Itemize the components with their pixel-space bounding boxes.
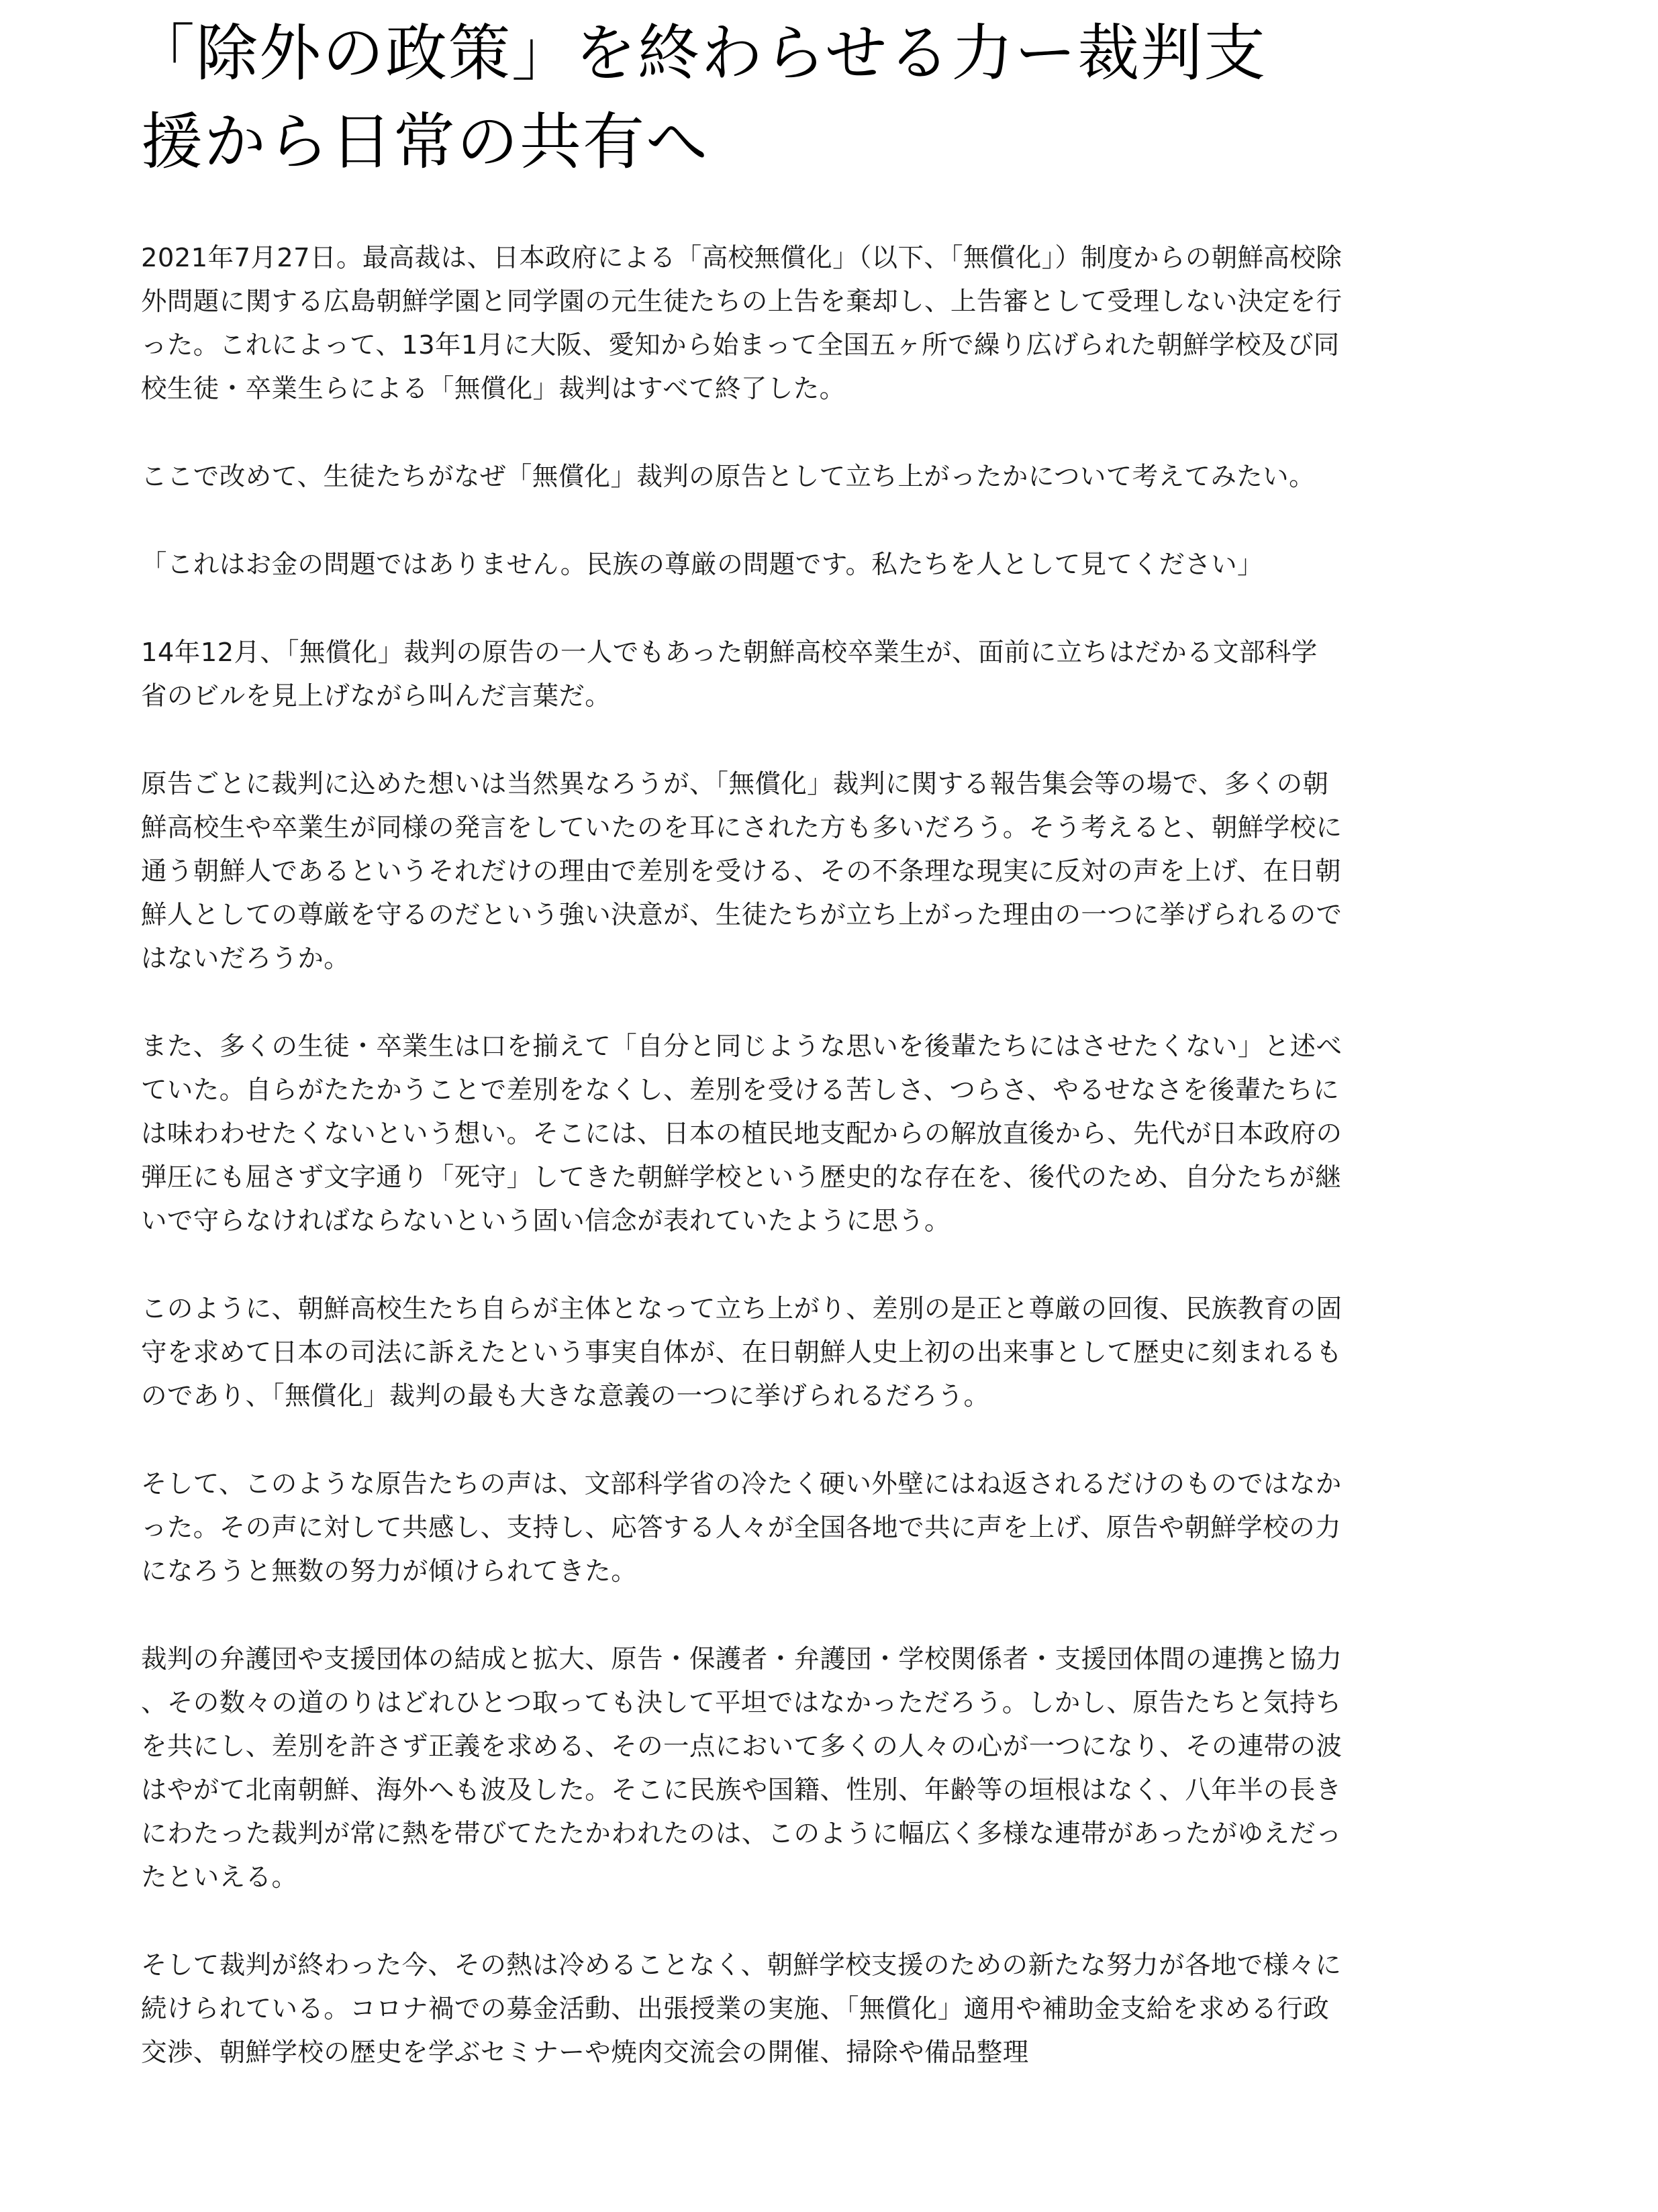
article-page: 「除外の政策」を終わらせる力ー裁判支 援から日常の共有へ 2021年7月27日。… xyxy=(141,0,1343,2119)
paragraph-8: そして、このような原告たちの声は、文部科学省の冷たく硬い外壁にはね返されるだけの… xyxy=(141,1462,1343,1593)
paragraph-4: 14年12月、「無償化」裁判の原告の一人でもあった朝鮮高校卒業生が、面前に立ちは… xyxy=(141,631,1343,718)
paragraph-10: そして裁判が終わった今、その熱は冷めることなく、朝鮮学校支援のための新たな努力が… xyxy=(141,1944,1343,2074)
article-body: 2021年7月27日。最高裁は、日本政府による「高校無償化」（以下、「無償化」）… xyxy=(141,236,1343,2074)
paragraph-3-quote: 「これはお金の問題ではありません。民族の尊厳の問題です。私たちを人として見てくだ… xyxy=(141,543,1343,587)
paragraph-1: 2021年7月27日。最高裁は、日本政府による「高校無償化」（以下、「無償化」）… xyxy=(141,236,1343,411)
cropped-header-strip xyxy=(879,0,1349,7)
paragraph-6: また、多くの生徒・卒業生は口を揃えて「自分と同じような思いを後輩たちにはさせたく… xyxy=(141,1025,1343,1243)
paragraph-5: 原告ごとに裁判に込めた想いは当然異なろうが、「無償化」裁判に関する報告集会等の場… xyxy=(141,762,1343,981)
paragraph-7: このように、朝鮮高校生たち自らが主体となって立ち上がり、差別の是正と尊厳の回復、… xyxy=(141,1287,1343,1418)
paragraph-9: 裁判の弁護団や支援団体の結成と拡大、原告・保護者・弁護団・学校関係者・支援団体間… xyxy=(141,1638,1343,1899)
article-title: 「除外の政策」を終わらせる力ー裁判支 援から日常の共有へ xyxy=(141,9,1349,187)
title-line-2: 援から日常の共有へ xyxy=(141,98,1349,187)
title-line-1: 「除外の政策」を終わらせる力ー裁判支 xyxy=(133,9,1349,98)
paragraph-2: ここで改めて、生徒たちがなぜ「無償化」裁判の原告として立ち上がったかについて考え… xyxy=(141,455,1343,499)
